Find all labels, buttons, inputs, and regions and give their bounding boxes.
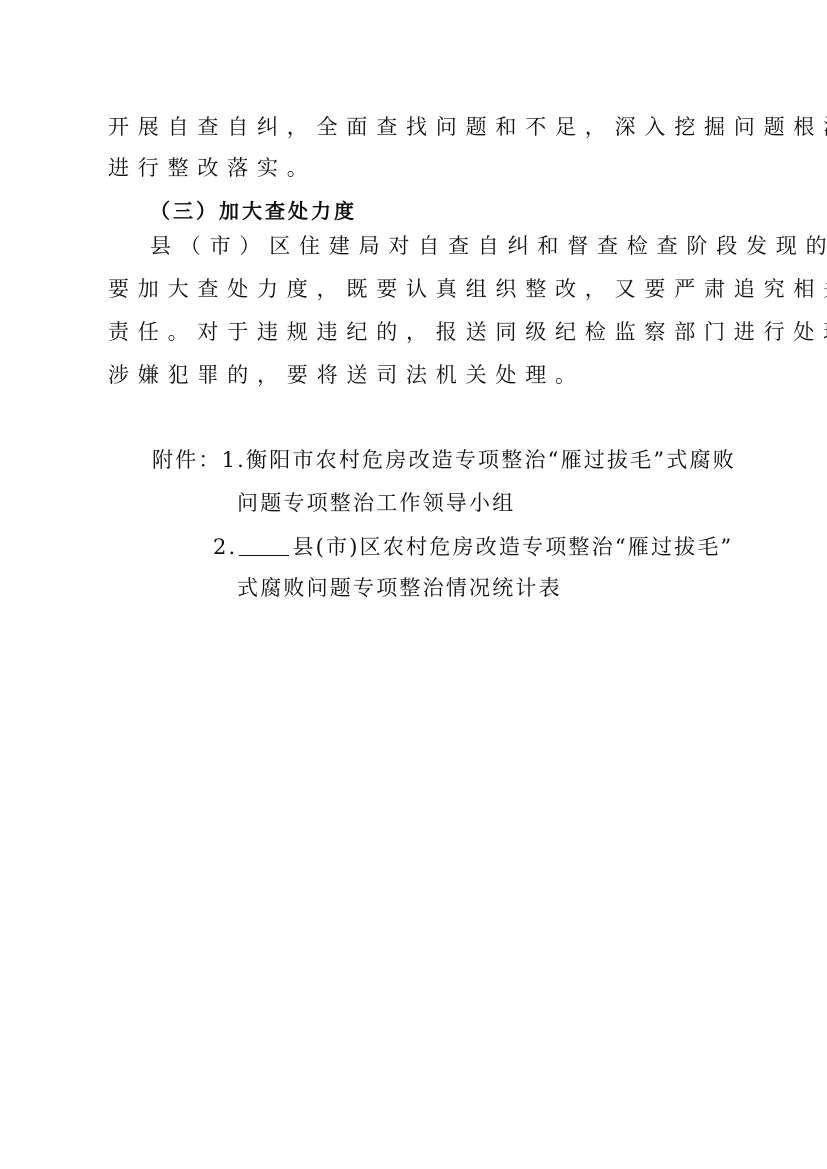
paragraph-1-line-1: 开展自查自纠，全面查找问题和不足，深入挖掘问题根源，积极	[108, 114, 827, 140]
paragraph-2-line-4: 涉嫌犯罪的，要将送司法机关处理。	[108, 362, 585, 388]
attachment-2-title: 县(市)区农村危房改造专项整治“雁过拔毛”	[292, 535, 733, 559]
fill-in-blank	[239, 535, 289, 556]
paragraph-2-line-3: 责任。对于违规违纪的，报送同级纪检监察部门进行处理，对于	[108, 319, 827, 345]
attachment-1-title: 衡阳市农村危房改造专项整治“雁过拔毛”式腐败	[246, 448, 736, 472]
paragraph-2-line-1: 县（市）区住建局对自查自纠和督查检查阶段发现的问题，	[150, 233, 827, 259]
attachment-1-title-cont: 问题专项整治工作领导小组	[237, 490, 515, 516]
attachment-1-number: 1.	[222, 448, 246, 472]
attachment-1: 附件：1.衡阳市农村危房改造专项整治“雁过拔毛”式腐败	[152, 447, 736, 473]
paragraph-2-line-2: 要加大查处力度，既要认真组织整改，又要严肃追究相关人员的	[108, 276, 827, 302]
section-heading: （三）加大查处力度	[150, 198, 357, 224]
attachments-label: 附件：	[152, 448, 222, 472]
attachment-2-number: 2.	[213, 535, 237, 559]
attachment-2-title-cont: 式腐败问题专项整治情况统计表	[237, 575, 562, 601]
attachment-2: 2.县(市)区农村危房改造专项整治“雁过拔毛”	[213, 534, 734, 560]
paragraph-1-line-2: 进行整改落实。	[108, 155, 317, 181]
